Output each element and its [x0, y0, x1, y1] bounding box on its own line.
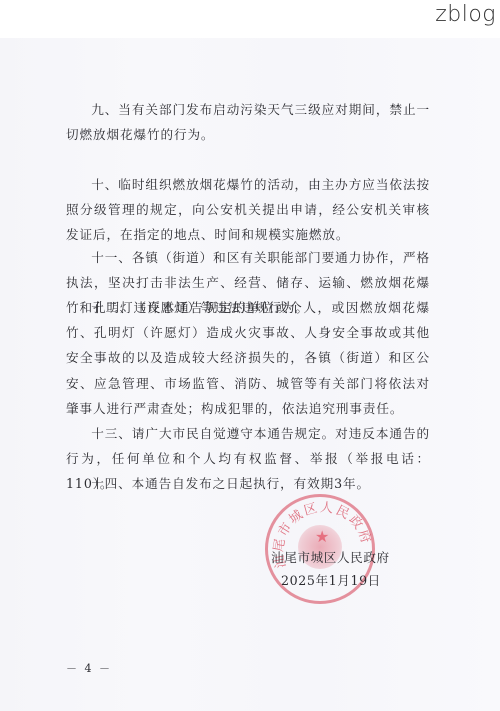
paragraph-14: 十四、本通告自发布之日起执行，有效期3年。 [66, 471, 430, 496]
paragraph-9: 九、当有关部门发布启动污染天气三级应对期间，禁止一切燃放烟花爆竹的行为。 [66, 97, 430, 147]
paragraph-12: 十二、违反本通告规定的单位或个人，或因燃放烟花爆竹、孔明灯（许愿灯）造成火灾事故… [66, 295, 430, 421]
page-number: － 4 － [66, 660, 112, 676]
header-band: zblog [0, 0, 500, 38]
paragraph-10: 十、临时组织燃放烟花爆竹的活动，由主办方应当依法按照分级管理的规定，向公安机关提… [66, 172, 430, 248]
issuer-name: 汕尾市城区人民政府 [271, 547, 390, 566]
watermark: zblog [435, 2, 496, 27]
issue-date: 2025年1月19日 [281, 570, 381, 589]
